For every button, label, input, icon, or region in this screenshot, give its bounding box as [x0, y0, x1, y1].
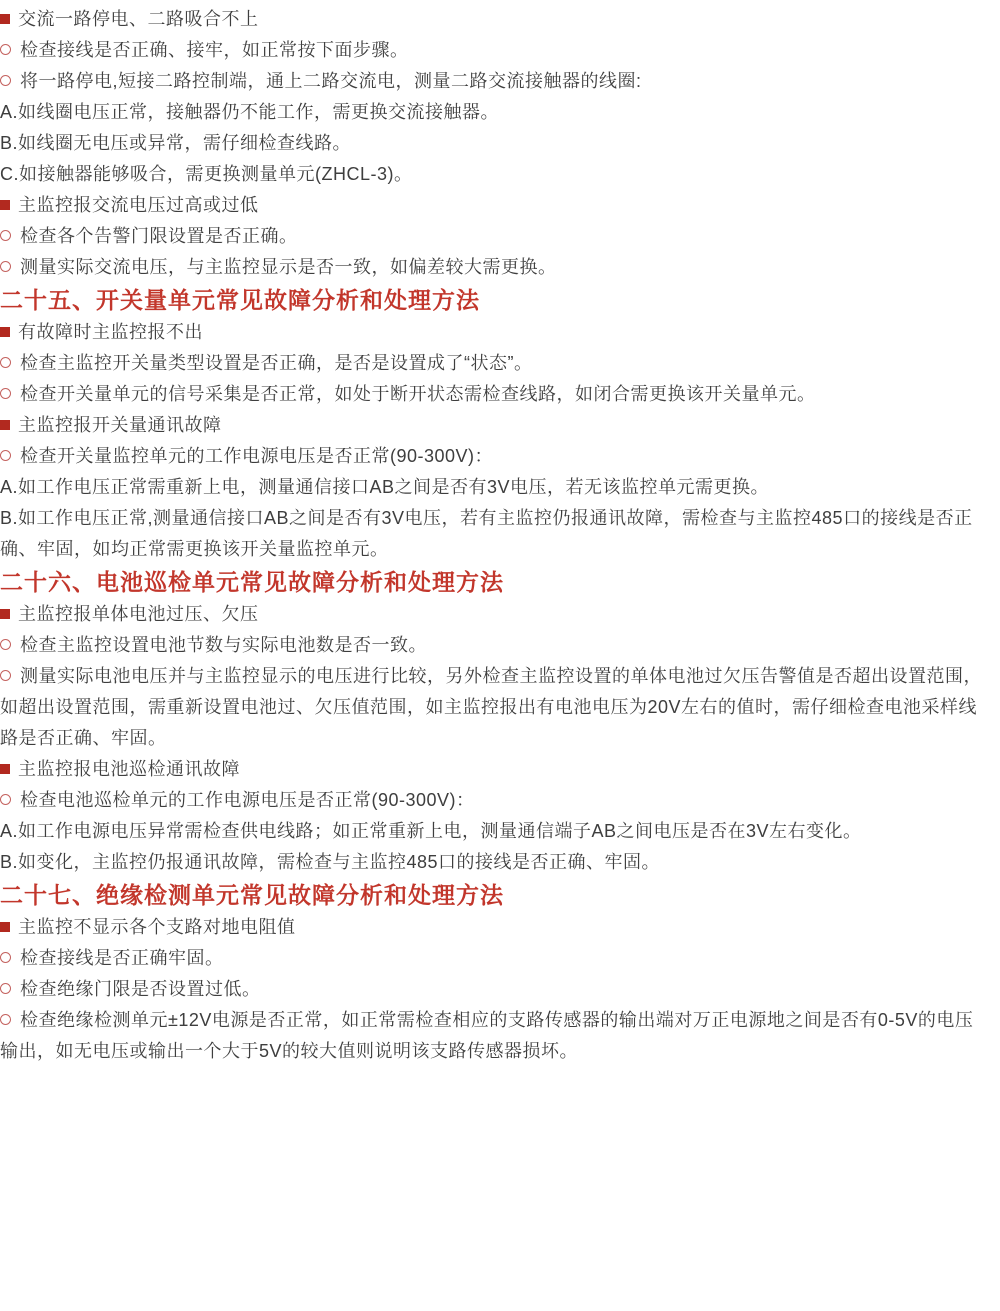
manual-page: { "colors": { "heading_red": "#c2362b", … [0, 0, 1000, 1311]
circle-bullet-icon [0, 983, 11, 994]
sub-step-text: A.如工作电源电压异常需检查供电线路；如正常重新上电，测量通信端子AB之间电压是… [0, 821, 862, 841]
circle-bullet-icon [0, 357, 11, 368]
circle-bullet-icon [0, 670, 11, 681]
square-bullet-icon [0, 200, 10, 210]
sub-step-text: B.如线圈无电压或异常，需仔细检查线路。 [0, 133, 351, 153]
check-item-text: 检查接线是否正确牢固。 [20, 948, 224, 968]
circle-bullet-icon [0, 388, 11, 399]
circle-item: 检查开关量监控单元的工作电源电压是否正常(90-300V)： [0, 441, 986, 472]
circle-bullet-icon [0, 75, 11, 86]
square-bullet-icon [0, 764, 10, 774]
section-heading: 二十六、电池巡检单元常见故障分析和处理方法 [0, 569, 504, 595]
fault-title: 主监控报交流电压过高或过低 [18, 195, 259, 215]
square-bullet-icon [0, 327, 10, 337]
circle-item: 检查接线是否正确牢固。 [0, 943, 986, 974]
circle-item: 检查电池巡检单元的工作电源电压是否正常(90-300V)： [0, 785, 986, 816]
square-bullet-icon [0, 922, 10, 932]
fault-title: 主监控报单体电池过压、欠压 [18, 604, 259, 624]
square-item: 主监控报交流电压过高或过低 [0, 190, 986, 221]
circle-item: 检查主监控设置电池节数与实际电池数是否一致。 [0, 630, 986, 661]
section-heading: 二十六、电池巡检单元常见故障分析和处理方法 [0, 565, 986, 599]
circle-bullet-icon [0, 639, 11, 650]
circle-bullet-icon [0, 1014, 11, 1025]
section-heading: 二十七、绝缘检测单元常见故障分析和处理方法 [0, 882, 504, 908]
check-item-text: 将一路停电,短接二路控制端，通上二路交流电，测量二路交流接触器的线圈: [20, 71, 642, 91]
sub-step-text: B.如工作电压正常,测量通信接口AB之间是否有3V电压，若有主监控仍报通讯故障，… [0, 508, 973, 559]
section-heading: 二十五、开关量单元常见故障分析和处理方法 [0, 283, 986, 317]
sub-step-text: B.如变化，主监控仍报通讯故障，需检查与主监控485口的接线是否正确、牢固。 [0, 852, 660, 872]
circle-item: 检查主监控开关量类型设置是否正确，是否是设置成了“状态”。 [0, 348, 986, 379]
check-item-text: 检查主监控设置电池节数与实际电池数是否一致。 [20, 635, 427, 655]
section-heading: 二十五、开关量单元常见故障分析和处理方法 [0, 287, 480, 313]
check-item-text: 检查开关量监控单元的工作电源电压是否正常(90-300V)： [20, 446, 493, 466]
square-item: 主监控报电池巡检通讯故障 [0, 754, 986, 785]
circle-item: 检查各个告警门限设置是否正确。 [0, 221, 986, 252]
circle-item: 检查开关量单元的信号采集是否正常，如处于断开状态需检查线路，如闭合需更换该开关量… [0, 379, 986, 410]
sub-step-text: A.如工作电压正常需重新上电，测量通信接口AB之间是否有3V电压，若无该监控单元… [0, 477, 769, 497]
circle-bullet-icon [0, 794, 11, 805]
check-item-text: 测量实际电池电压并与主监控显示的电压进行比较，另外检查主监控设置的单体电池过欠压… [0, 666, 982, 748]
check-item-text: 检查电池巡检单元的工作电源电压是否正常(90-300V)： [20, 790, 475, 810]
square-bullet-icon [0, 14, 10, 24]
sub-step-text: C.如接触器能够吸合，需更换测量单元(ZHCL-3)。 [0, 164, 413, 184]
square-item: 主监控不显示各个支路对地电阻值 [0, 912, 986, 943]
fault-title: 主监控报开关量通讯故障 [18, 415, 222, 435]
sub-item: B.如工作电压正常,测量通信接口AB之间是否有3V电压，若有主监控仍报通讯故障，… [0, 503, 986, 565]
circle-item: 测量实际交流电压，与主监控显示是否一致，如偏差较大需更换。 [0, 252, 986, 283]
square-item: 主监控报开关量通讯故障 [0, 410, 986, 441]
sub-item: C.如接触器能够吸合，需更换测量单元(ZHCL-3)。 [0, 159, 986, 190]
circle-bullet-icon [0, 230, 11, 241]
circle-item: 检查绝缘检测单元±12V电源是否正常，如正常需检查相应的支路传感器的输出端对万正… [0, 1005, 986, 1067]
check-item-text: 测量实际交流电压，与主监控显示是否一致，如偏差较大需更换。 [20, 257, 557, 277]
square-item: 主监控报单体电池过压、欠压 [0, 599, 986, 630]
sub-item: B.如变化，主监控仍报通讯故障，需检查与主监控485口的接线是否正确、牢固。 [0, 847, 986, 878]
circle-item: 检查绝缘门限是否设置过低。 [0, 974, 986, 1005]
circle-bullet-icon [0, 952, 11, 963]
document-content: 交流一路停电、二路吸合不上检查接线是否正确、接牢，如正常按下面步骤。将一路停电,… [0, 0, 1000, 1073]
check-item-text: 检查绝缘检测单元±12V电源是否正常，如正常需检查相应的支路传感器的输出端对万正… [0, 1010, 973, 1061]
square-bullet-icon [0, 420, 10, 430]
sub-item: A.如工作电源电压异常需检查供电线路；如正常重新上电，测量通信端子AB之间电压是… [0, 816, 986, 847]
circle-item: 检查接线是否正确、接牢，如正常按下面步骤。 [0, 35, 986, 66]
fault-title: 有故障时主监控报不出 [18, 322, 203, 342]
circle-bullet-icon [0, 44, 11, 55]
sub-item: A.如线圈电压正常，接触器仍不能工作，需更换交流接触器。 [0, 97, 986, 128]
sub-step-text: A.如线圈电压正常，接触器仍不能工作，需更换交流接触器。 [0, 102, 499, 122]
check-item-text: 检查主监控开关量类型设置是否正确，是否是设置成了“状态”。 [20, 353, 533, 373]
circle-item: 将一路停电,短接二路控制端，通上二路交流电，测量二路交流接触器的线圈: [0, 66, 986, 97]
circle-bullet-icon [0, 450, 11, 461]
check-item-text: 检查各个告警门限设置是否正确。 [20, 226, 298, 246]
square-item: 交流一路停电、二路吸合不上 [0, 4, 986, 35]
fault-title: 主监控不显示各个支路对地电阻值 [18, 917, 296, 937]
check-item-text: 检查绝缘门限是否设置过低。 [20, 979, 261, 999]
check-item-text: 检查开关量单元的信号采集是否正常，如处于断开状态需检查线路，如闭合需更换该开关量… [20, 384, 816, 404]
fault-title: 交流一路停电、二路吸合不上 [18, 9, 259, 29]
fault-title: 主监控报电池巡检通讯故障 [18, 759, 240, 779]
check-item-text: 检查接线是否正确、接牢，如正常按下面步骤。 [20, 40, 409, 60]
square-item: 有故障时主监控报不出 [0, 317, 986, 348]
sub-item: A.如工作电压正常需重新上电，测量通信接口AB之间是否有3V电压，若无该监控单元… [0, 472, 986, 503]
section-heading: 二十七、绝缘检测单元常见故障分析和处理方法 [0, 878, 986, 912]
square-bullet-icon [0, 609, 10, 619]
circle-bullet-icon [0, 261, 11, 272]
circle-item: 测量实际电池电压并与主监控显示的电压进行比较，另外检查主监控设置的单体电池过欠压… [0, 661, 986, 754]
sub-item: B.如线圈无电压或异常，需仔细检查线路。 [0, 128, 986, 159]
